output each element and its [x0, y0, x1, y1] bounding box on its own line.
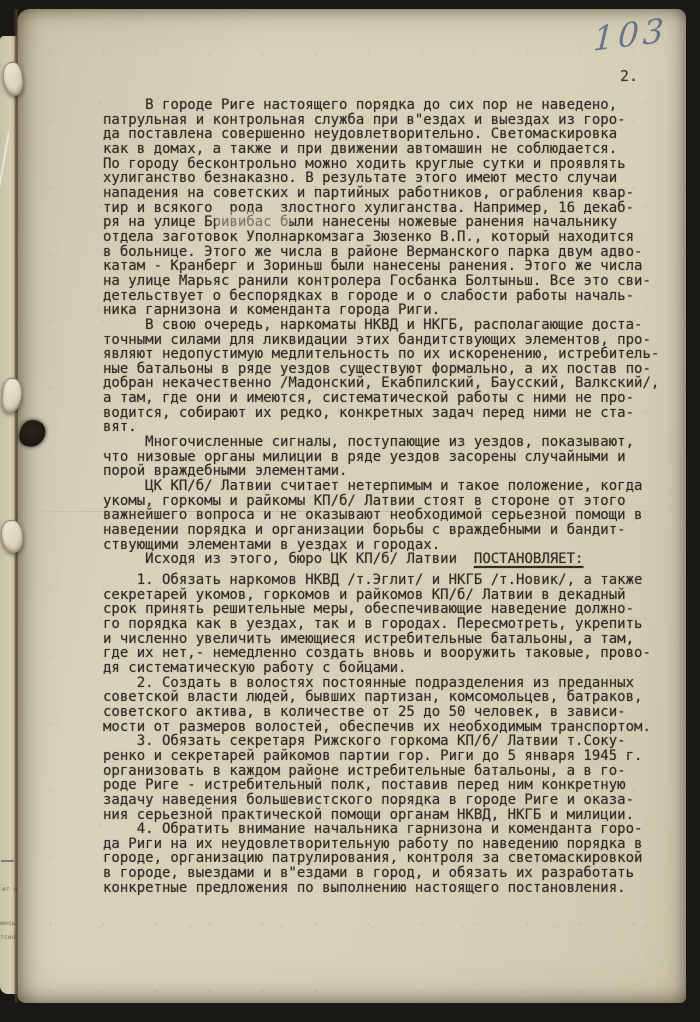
resolution-item-3: 3. Обязать секретаря Рижского горкома КП… — [103, 734, 679, 822]
paragraph-militia-signals: Многочисленные сигналы, поступающие из у… — [103, 435, 679, 479]
paragraph-ck-position: ЦК КП/б/ Латвии считает нетерпимым и так… — [103, 479, 679, 552]
resolution-keyword: ПОСТАНОВЛЯЕТ: — [474, 551, 584, 567]
paper-scratch — [0, 131, 10, 188]
typewriter-erasure-patch — [215, 211, 290, 227]
handwritten-folio-number: 103 — [592, 10, 669, 59]
resolution-item-1: 1. Обязать наркомов НКВД /т.Эглит/ и НКГ… — [103, 573, 679, 676]
resolution-item-4: 4. Обратить внимание начальника гарнизон… — [103, 822, 679, 895]
paragraph-riga-disorder: В городе Риге настоящего порядка до сих … — [103, 98, 679, 318]
paragraph-nkvd-nkgb: В свою очередь, наркоматы НКВД и НКГБ, р… — [103, 318, 679, 435]
document-page: 103 2. В городе Риге настоящего порядка … — [17, 9, 686, 1003]
resolution-prefix: Исходя из этого, бюро ЦК КП/б/ Латвии — [103, 551, 474, 567]
binding-crease — [14, 9, 18, 1003]
document-text: В городе Риге настоящего порядка до сих … — [103, 98, 679, 895]
resolution-item-2: 2. Создать в волостях постоянные подразд… — [103, 676, 679, 735]
margin-rule-fragment — [1, 860, 14, 862]
typed-page-number: 2. — [620, 67, 638, 85]
scanned-document: ет и инськ тскому 103 2. В городе Риге н… — [0, 0, 700, 1022]
resolution-line: Исходя из этого, бюро ЦК КП/б/ Латвии ПО… — [103, 552, 679, 567]
horizontal-paper-crease — [17, 511, 686, 512]
